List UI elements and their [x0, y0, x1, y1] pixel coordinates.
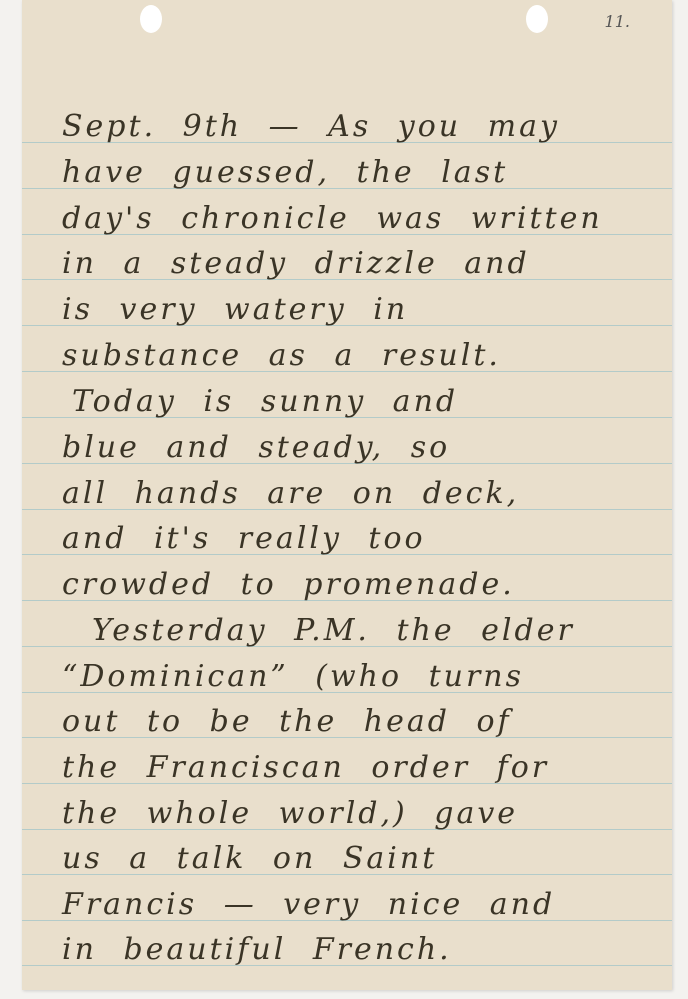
notebook-page: 11. Sept. 9th — As you may have guessed,… [22, 0, 672, 990]
punch-hole-left [140, 5, 162, 33]
text-line-14: out to be the head of [62, 707, 652, 737]
text-line-7: Today is sunny and [72, 387, 652, 417]
text-line-4: in a steady drizzle and [62, 249, 652, 279]
text-line-11: crowded to promenade. [62, 570, 652, 600]
text-line-2: have guessed, the last [62, 158, 652, 188]
text-line-1: Sept. 9th — As you may [62, 112, 652, 142]
text-line-16: the whole world,) gave [62, 799, 652, 829]
text-line-19: in beautiful French. [62, 935, 652, 965]
text-line-3: day's chronicle was written [62, 204, 652, 234]
text-line-15: the Franciscan order for [62, 753, 652, 783]
text-line-5: is very watery in [62, 295, 652, 325]
punch-hole-right [526, 5, 548, 33]
text-line-8: blue and steady, so [62, 433, 652, 463]
text-line-18: Francis — very nice and [62, 890, 652, 920]
text-line-6: substance as a result. [62, 341, 652, 371]
text-line-17: us a talk on Saint [62, 844, 652, 874]
text-line-13: “Dominican” (who turns [62, 662, 652, 692]
text-line-12: Yesterday P.M. the elder [92, 616, 652, 646]
page-number: 11. [605, 12, 630, 31]
text-line-9: all hands are on deck, [62, 479, 652, 509]
text-line-10: and it's really too [62, 524, 652, 554]
